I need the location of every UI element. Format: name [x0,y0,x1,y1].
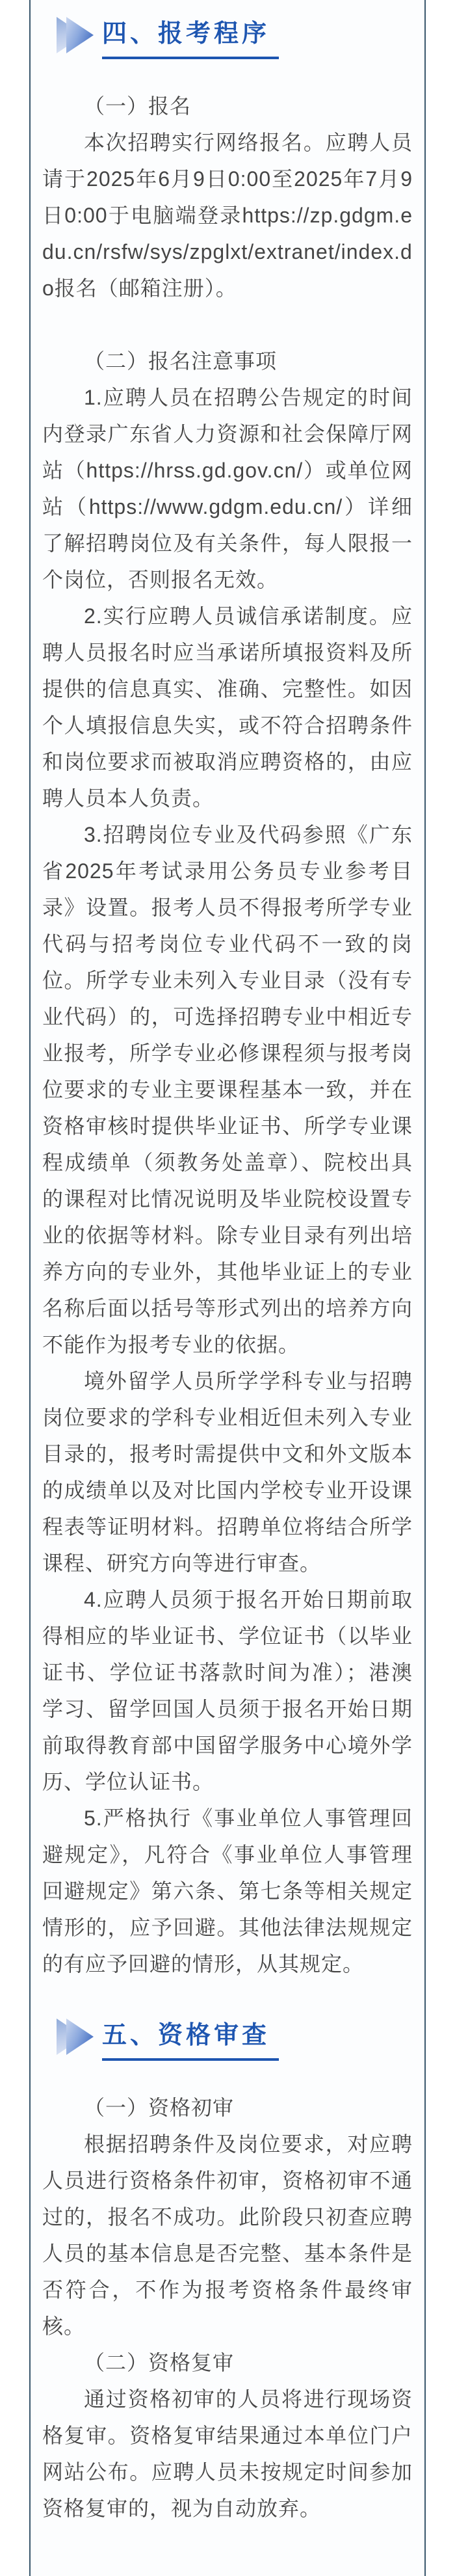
section-title-wrap: 四、报考程序 [102,16,279,59]
paragraph: 1.应聘人员在招聘公告规定的时间内登录广东省人力资源和社会保障厅网站（https… [42,379,413,598]
double-right-arrow-icon [57,16,94,54]
paragraph: 3.招聘岗位专业及代码参照《广东省2025年考试录用公务员专业参考目录》设置。报… [42,816,413,1363]
section-title: 四、报考程序 [102,16,279,52]
arrow-front-triangle [66,2019,94,2055]
subheading: （二）资格复审 [42,2344,413,2381]
arrow-front-triangle [66,17,94,53]
paragraph: 本次招聘实行网络报名。应聘人员请于2025年6月9日0:00至2025年7月9日… [42,124,413,306]
section-title-underline [102,57,279,59]
article-card: 四、报考程序 （一）报名 本次招聘实行网络报名。应聘人员请于2025年6月9日0… [29,0,426,2576]
section-title: 五、资格审查 [102,2017,279,2054]
subheading: （二）报名注意事项 [42,343,413,379]
subheading: （一）资格初审 [42,2089,413,2126]
section-header: 五、资格审查 [57,2017,413,2061]
section-qualification-review: 五、资格审查 （一）资格初审 根据招聘条件及岗位要求，对应聘人员进行资格条件初审… [42,2017,413,2527]
section-application-procedure: 四、报考程序 （一）报名 本次招聘实行网络报名。应聘人员请于2025年6月9日0… [42,16,413,1982]
section-title-underline [102,2058,279,2061]
section-title-wrap: 五、资格审查 [102,2017,279,2061]
paragraph: 5.严格执行《事业单位人事管理回避规定》，凡符合《事业单位人事管理回避规定》第六… [42,1800,413,1982]
paragraph: 通过资格初审的人员将进行现场资格复审。资格复审结果通过本单位门户网站公布。应聘人… [42,2381,413,2527]
section-header: 四、报考程序 [57,16,413,59]
paragraph: 4.应聘人员须于报名开始日期前取得相应的毕业证书、学位证书（以毕业证书、学位证书… [42,1581,413,1800]
subheading: （一）报名 [42,88,413,124]
paragraph: 2.实行应聘人员诚信承诺制度。应聘人员报名时应当承诺所填报资料及所提供的信息真实… [42,598,413,816]
double-right-arrow-icon [57,2018,94,2056]
paragraph: 境外留学人员所学学科专业与招聘岗位要求的学科专业相近但未列入专业目录的，报考时需… [42,1363,413,1581]
paragraph: 根据招聘条件及岗位要求，对应聘人员进行资格条件初审，资格初审不通过的，报名不成功… [42,2126,413,2344]
